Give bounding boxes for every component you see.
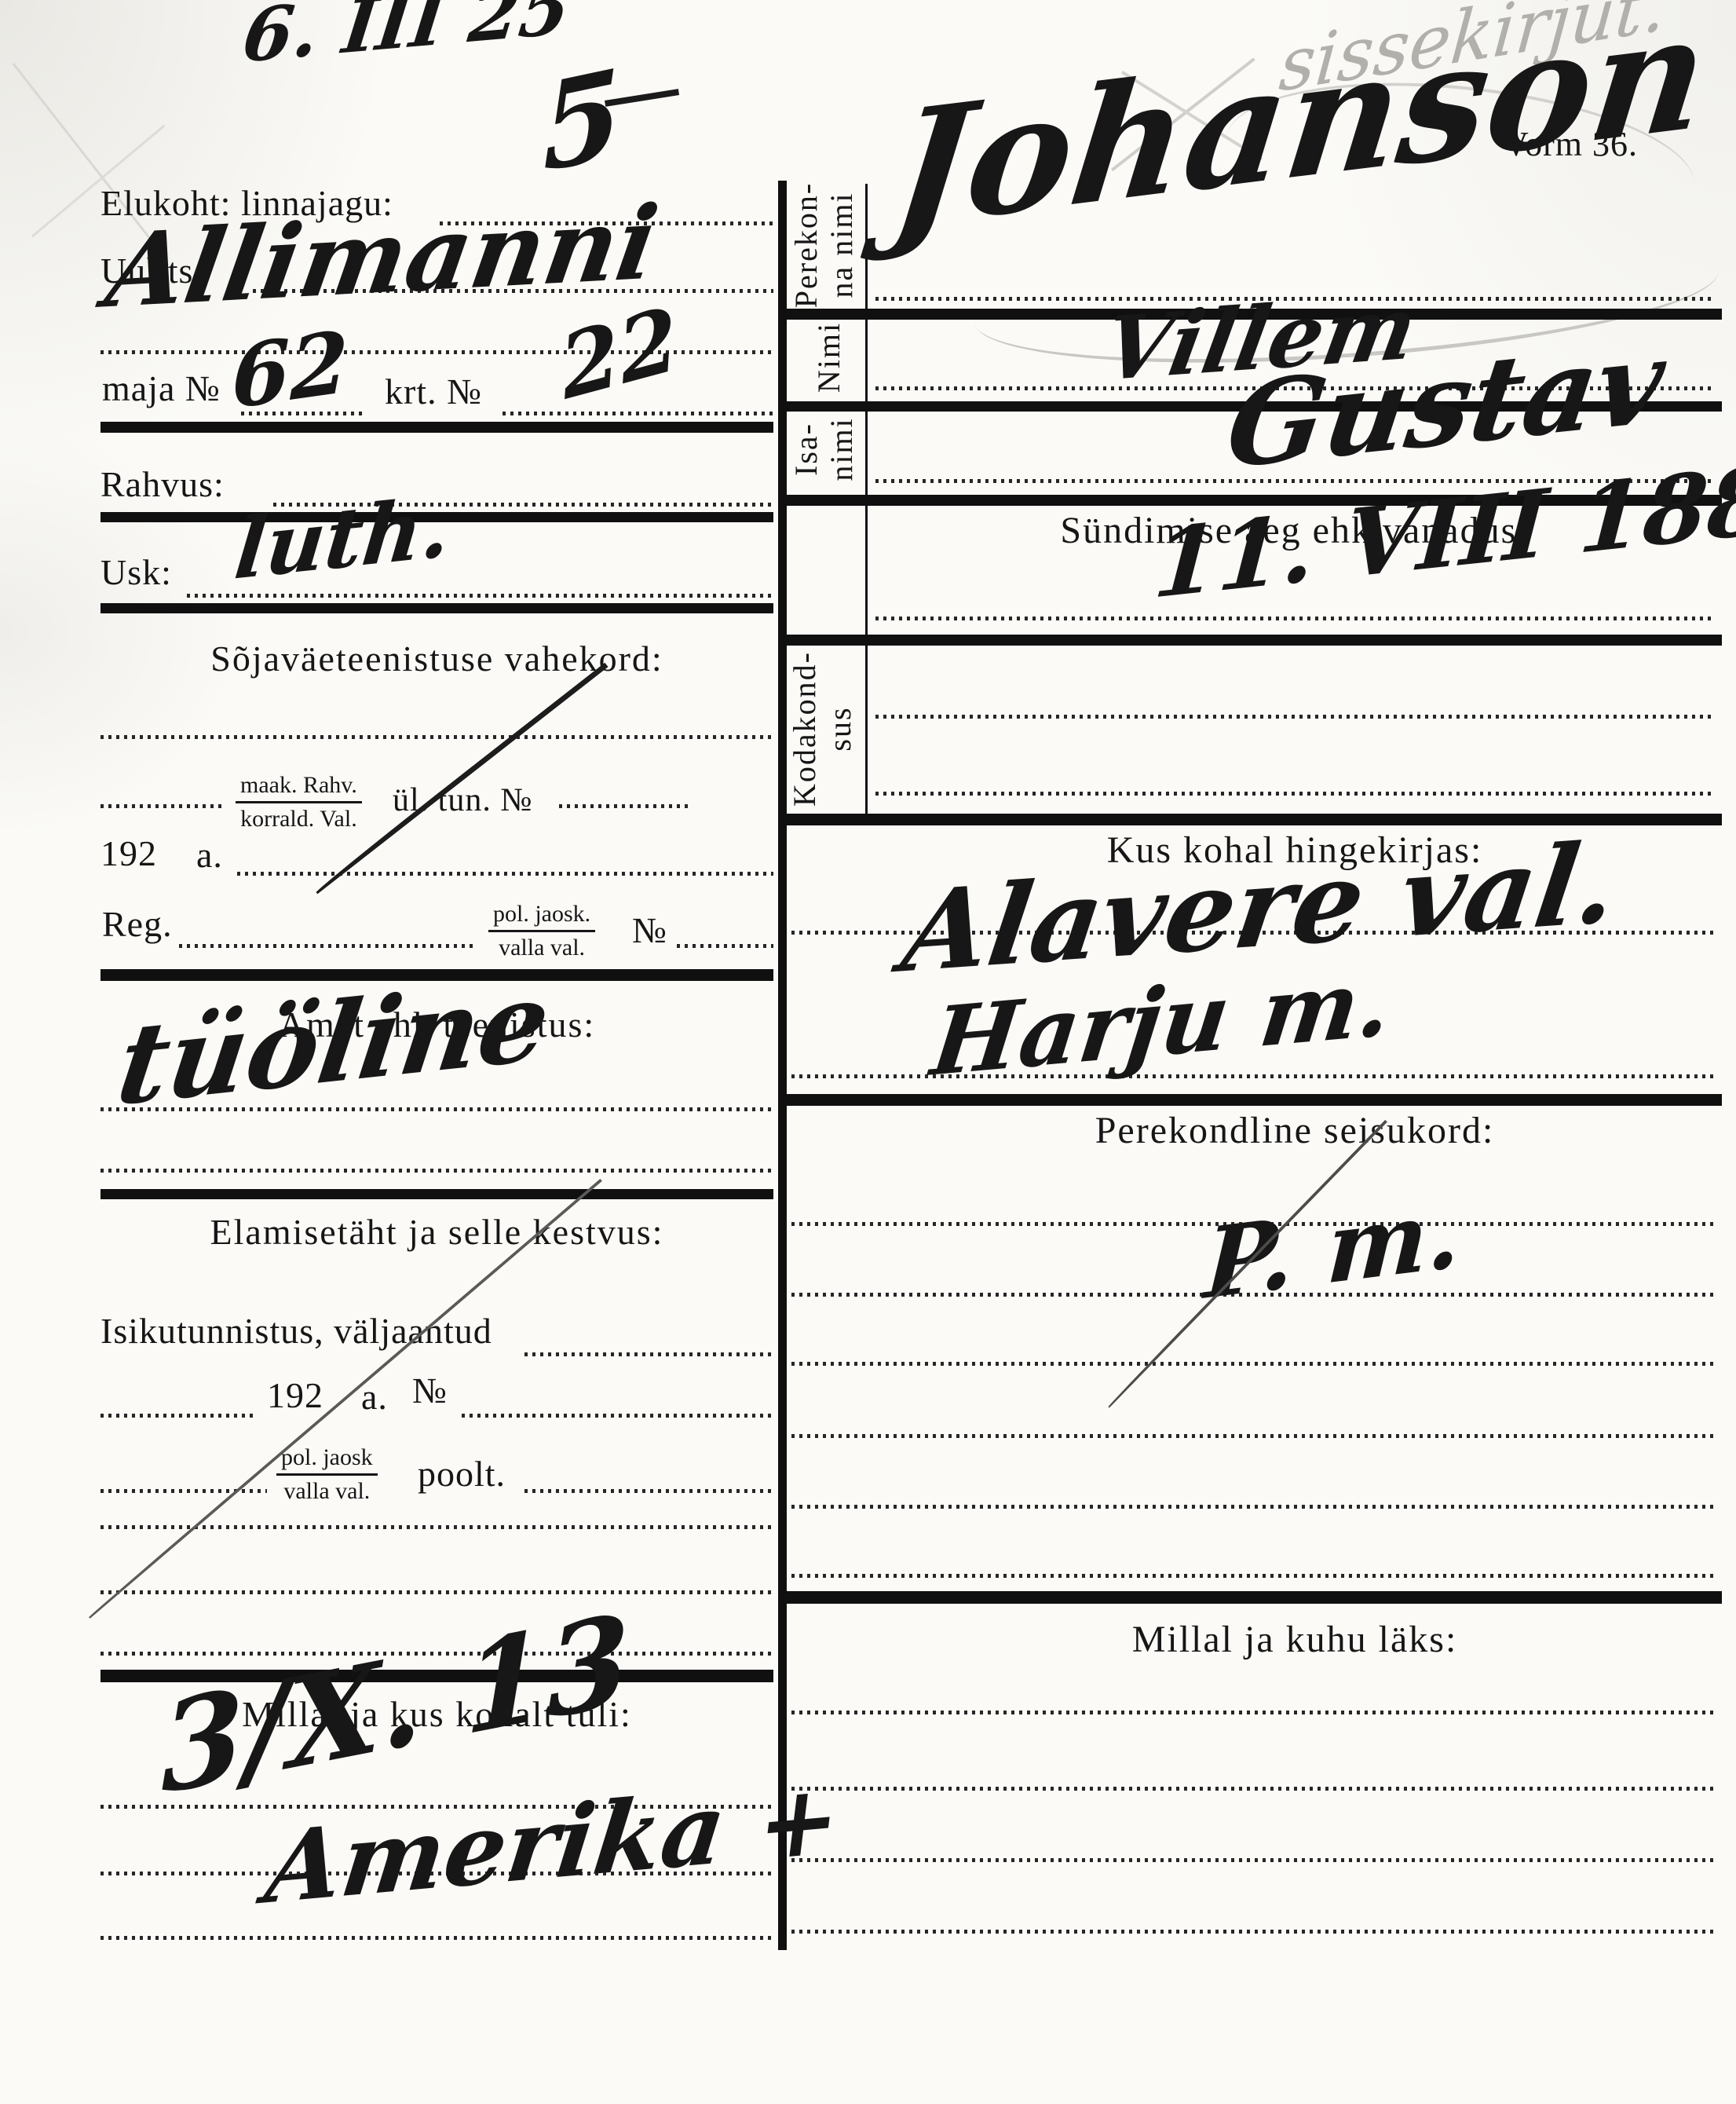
handwritten-date-note: 6. III 25 (239, 0, 574, 73)
dotted-line (875, 617, 1716, 620)
fraction-top: pol. jaosk (276, 1444, 378, 1476)
dotted-line (237, 872, 773, 876)
nationality-label: Rahvus: (101, 463, 225, 505)
arrival-value-line1: 3/X. 13 (160, 1597, 631, 1811)
dotted-line (875, 715, 1716, 719)
patronymic-row-label: Isa- nimi (789, 398, 860, 500)
numero-sign: № (632, 909, 667, 951)
dotted-line (791, 1787, 1716, 1791)
military-service-heading: Sõjaväeteenistuse vahekord: (101, 638, 773, 679)
dotted-line (187, 594, 773, 598)
fraction-bottom: korrald. Val. (236, 803, 362, 833)
dotted-line (101, 1489, 267, 1493)
dotted-line (101, 735, 773, 739)
apartment-number-value: 22 (556, 295, 682, 412)
pol-jaosk-fraction-2: pol. jaosk valla val. (276, 1444, 378, 1506)
dotted-line (503, 412, 773, 415)
family-status-heading: Perekondline seisukord: (868, 1109, 1722, 1152)
poolt-label: poolt. (418, 1453, 506, 1495)
numero-sign-2: № (412, 1370, 448, 1411)
dotted-line (791, 1574, 1716, 1578)
dotted-line (101, 1169, 773, 1173)
family-status-value: P. m. (1203, 1184, 1464, 1312)
dotted-line (791, 1930, 1716, 1934)
dotted-line (791, 1505, 1716, 1509)
street-value: Allimanni (101, 192, 664, 323)
center-divider-line (778, 181, 787, 1950)
fraction-bottom: valla val. (276, 1476, 378, 1506)
fraction-top: pol. jaosk. (488, 900, 595, 932)
dotted-line (179, 944, 476, 948)
departure-heading: Millal ja kuhu läks: (868, 1618, 1722, 1661)
dotted-line (524, 1489, 773, 1493)
religion-label: Usk: (101, 551, 172, 593)
citizenship-row-label: Kodakond- sus (784, 635, 862, 823)
dotted-line (677, 944, 773, 948)
id-certificate-label: Isikutunnistus, väljaantud (101, 1310, 492, 1352)
rule-line (785, 635, 1722, 646)
house-number-label: maja № (102, 368, 221, 409)
arrival-value-line2: Amerika + (261, 1769, 846, 1919)
rule-line (101, 1189, 773, 1199)
dotted-line (791, 1434, 1716, 1438)
fraction-top: maak. Rahv. (236, 771, 362, 803)
dotted-line (791, 1858, 1716, 1862)
dotted-line (791, 1711, 1716, 1714)
year-192b-label: 192 (267, 1374, 323, 1416)
dotted-line (875, 792, 1716, 796)
year-192-label: 192 (101, 832, 157, 874)
rule-line (101, 422, 773, 433)
dotted-line (101, 1936, 773, 1940)
occupation-value: tüöline (111, 965, 556, 1121)
dotted-line (101, 1590, 773, 1594)
dotted-line (101, 804, 226, 808)
handwritten-number-note: 5 (539, 53, 623, 189)
rule-line (785, 1591, 1722, 1604)
rule-line (101, 603, 773, 613)
registration-card-scan: 6. III 25 5 sissekirjut. Vorm 36. Elukoh… (0, 0, 1736, 2104)
residence-permit-heading: Elamisetäht ja selle kestvus: (101, 1211, 773, 1253)
apartment-number-label: krt. № (385, 371, 482, 412)
dotted-line (462, 1414, 773, 1418)
pol-jaosk-fraction: pol. jaosk. valla val. (488, 900, 595, 962)
dotted-line (791, 1362, 1716, 1366)
dotted-line (101, 1525, 773, 1529)
maak-rahv-fraction: maak. Rahv. korrald. Val. (236, 771, 362, 833)
year-a-label: a. (196, 834, 223, 876)
religion-value: luth. (231, 485, 455, 591)
house-number-value: 62 (232, 320, 349, 422)
reg-label: Reg. (102, 903, 173, 945)
dotted-line (559, 804, 693, 808)
dotted-line (101, 1414, 258, 1418)
dotted-line (524, 1352, 773, 1356)
